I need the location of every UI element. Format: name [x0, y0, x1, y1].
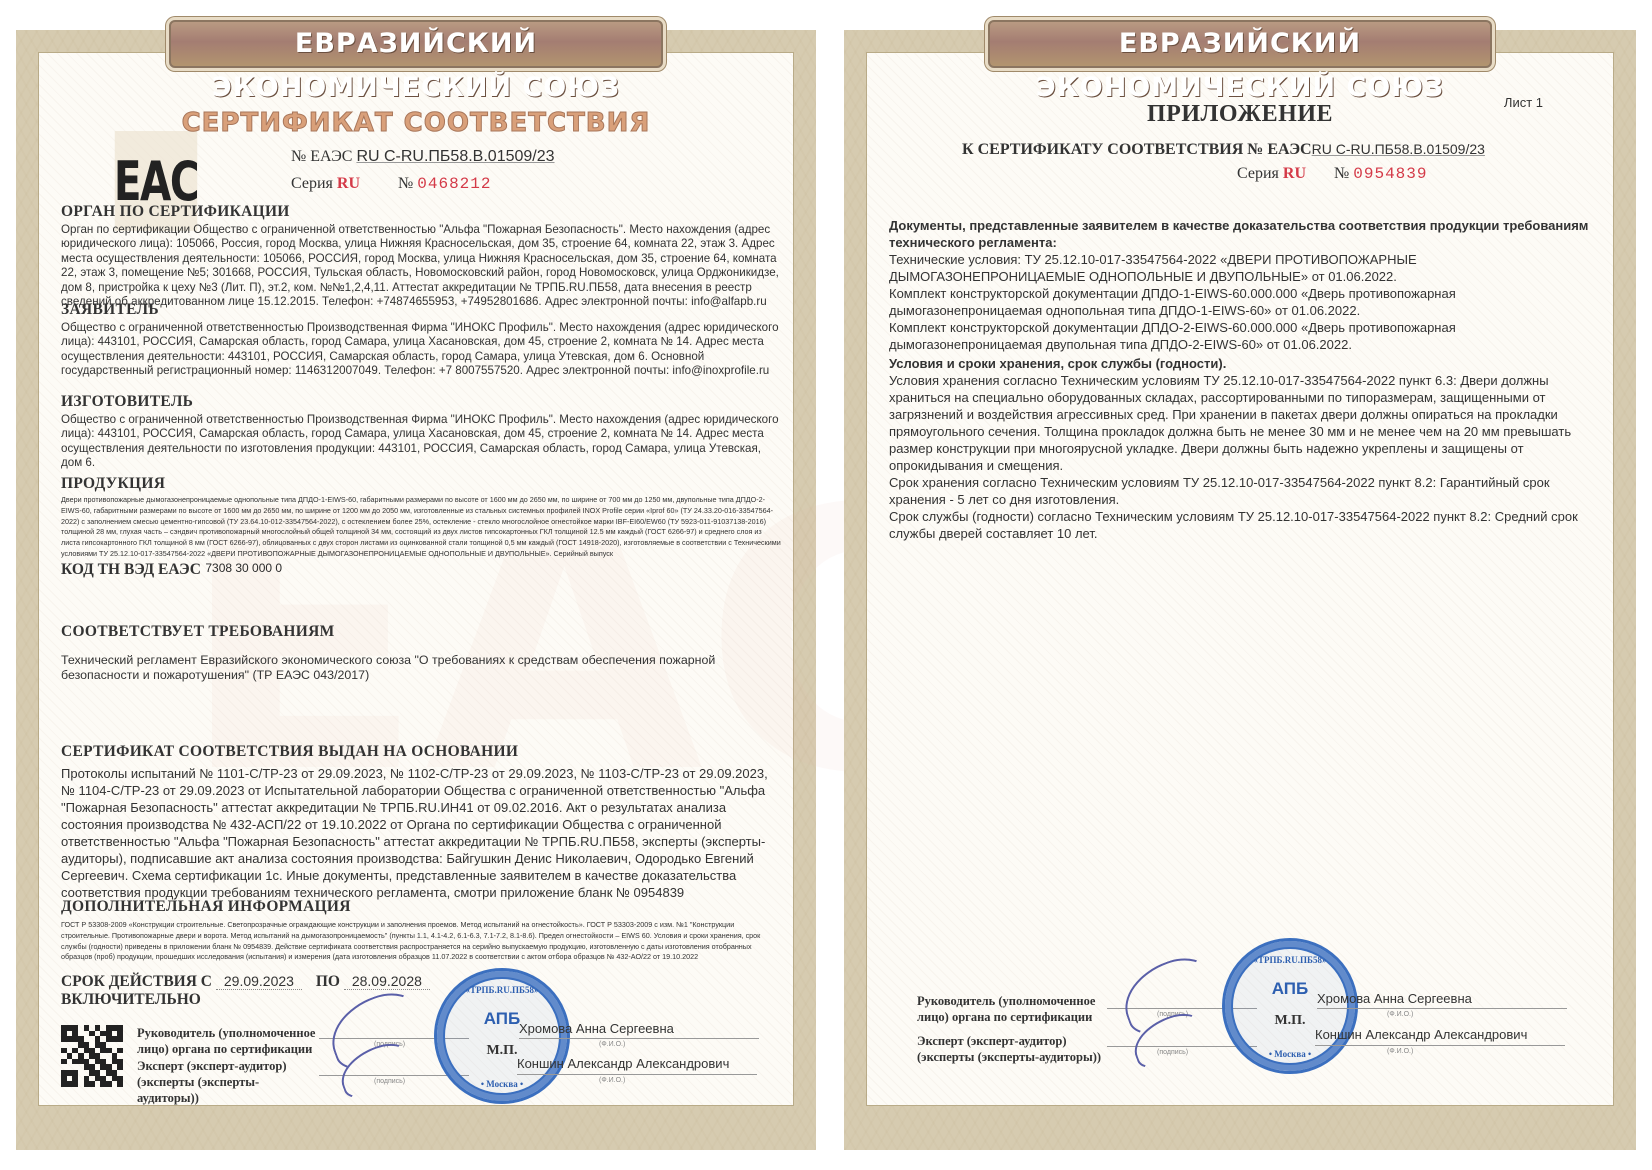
eurasian-union-banner: ЕВРАЗИЙСКИЙ ЭКОНОМИЧЕСКИЙ СОЮЗ	[988, 20, 1492, 68]
appendix-series-line: Серия RU № 0954839	[1237, 165, 1427, 183]
section-text: Орган по сертификации Общество с огранич…	[61, 223, 781, 309]
section-additional: ДОПОЛНИТЕЛЬНАЯ ИНФОРМАЦИЯ ГОСТ Р 53308-2…	[61, 898, 781, 963]
series-value: RU	[337, 175, 360, 192]
appendix-inner: ПРИЛОЖЕНИЕ Лист 1 К СЕРТИФИКАТУ СООТВЕТС…	[866, 52, 1614, 1106]
head-name-line	[1317, 1008, 1567, 1009]
section-text: Двери противопожарные дымогазонепроницае…	[61, 495, 781, 560]
eurasian-union-banner: ЕВРАЗИЙСКИЙ ЭКОНОМИЧЕСКИЙ СОЮЗ	[169, 20, 663, 68]
section-text: ГОСТ Р 53308-2009 «Конструкции строитель…	[61, 920, 781, 963]
storage-item: Условия хранения согласно Техническим ус…	[889, 372, 1593, 474]
section-heading: ДОПОЛНИТЕЛЬНАЯ ИНФОРМАЦИЯ	[61, 898, 781, 916]
certificate-inner: ЕАС ЕАС СЕРТИФИКАТ СООТВЕТСТВИЯ № ЕАЭС R…	[38, 52, 794, 1106]
head-name-line	[519, 1038, 759, 1039]
validity-to-date: 28.09.2028	[344, 973, 430, 990]
reg-number: RU C-RU.ПБ58.В.01509/23	[356, 148, 554, 165]
storage-item: Срок хранения согласно Техническим услов…	[889, 474, 1593, 508]
section-heading: ОРГАН ПО СЕРТИФИКАЦИИ	[61, 203, 781, 221]
blank-number: 0954839	[1353, 165, 1427, 183]
appendix-storage: Условия и сроки хранения, срок службы (г…	[889, 355, 1593, 542]
series-line: Серия RU № 0468212	[291, 175, 491, 193]
expert-signer-name: Коншин Александр Александрович	[517, 1056, 729, 1071]
expert-signer-name: Коншин Александр Александрович	[1315, 1027, 1527, 1042]
blank-number: 0468212	[417, 175, 491, 193]
head-fio-caption: (Ф.И.О.)	[1387, 1011, 1413, 1018]
appendix-reg-number: RU C-RU.ПБ58.В.01509/23	[1312, 141, 1485, 157]
validity-from-date: 29.09.2023	[216, 973, 302, 990]
appendix-documents: Документы, представленные заявителем в к…	[889, 217, 1593, 353]
head-signer-name: Хромова Анна Сергеевна	[1317, 991, 1472, 1006]
series-label: Серия	[291, 175, 333, 192]
expert-name-line	[1315, 1045, 1565, 1046]
stamp-ring-text: «ТРПБ.RU.ПБ58»	[437, 985, 567, 995]
validity-from-label: СРОК ДЕЙСТВИЯ С	[61, 973, 212, 990]
expert-signer-label: Эксперт (эксперт-аудитор) (эксперты (экс…	[917, 1033, 1107, 1065]
section-text: Технический регламент Евразийского эконо…	[61, 653, 781, 683]
appendix-sheet: ПРИЛОЖЕНИЕ Лист 1 К СЕРТИФИКАТУ СООТВЕТС…	[844, 30, 1636, 1150]
tn-ved-code: 7308 30 000 0	[205, 561, 282, 575]
document-item: Комплект конструкторской документации ДП…	[889, 285, 1593, 319]
appendix-subtitle: К СЕРТИФИКАТУ СООТВЕТСТВИЯ № ЕАЭСRU C-RU…	[962, 141, 1485, 159]
registration-line: № ЕАЭС RU C-RU.ПБ58.В.01509/23	[291, 148, 555, 166]
section-basis: СЕРТИФИКАТ СООТВЕТСТВИЯ ВЫДАН НА ОСНОВАН…	[61, 743, 781, 901]
certificate-title: СЕРТИФИКАТ СООТВЕТСТВИЯ	[39, 108, 793, 138]
expert-signer-label: Эксперт (эксперт-аудитор) (эксперты (экс…	[137, 1058, 317, 1106]
head-signer-name: Хромова Анна Сергеевна	[519, 1021, 674, 1036]
head-signer-label: Руководитель (уполномоченное лицо) орган…	[137, 1025, 317, 1057]
validity-inclusive: ВКЛЮЧИТЕЛЬНО	[61, 991, 781, 1009]
section-heading: СЕРТИФИКАТ СООТВЕТСТВИЯ ВЫДАН НА ОСНОВАН…	[61, 743, 781, 761]
head-signer-label: Руководитель (уполномоченное лицо) орган…	[917, 993, 1107, 1025]
expert-fio-caption: (Ф.И.О.)	[599, 1077, 625, 1084]
sheet-number: Лист 1	[1504, 95, 1543, 110]
section-certification-body: ОРГАН ПО СЕРТИФИКАЦИИ Орган по сертифика…	[61, 203, 781, 309]
section-heading: ИЗГОТОВИТЕЛЬ	[61, 393, 781, 411]
tn-ved-label: КОД ТН ВЭД ЕАЭС	[61, 561, 201, 578]
expert-fio-caption: (Ф.И.О.)	[1387, 1048, 1413, 1055]
organization-stamp: «ТРПБ.RU.ПБ58» АПБ М.П. • Москва •	[1222, 938, 1358, 1074]
tn-ved-line: КОД ТН ВЭД ЕАЭС 7308 30 000 0	[61, 561, 781, 579]
validity-to-label: ПО	[316, 973, 340, 990]
stamp-city: • Москва •	[437, 1079, 567, 1089]
series-label: Серия	[1237, 165, 1279, 182]
section-text: Общество с ограниченной ответственностью…	[61, 321, 781, 379]
section-manufacturer: ИЗГОТОВИТЕЛЬ Общество с ограниченной отв…	[61, 393, 781, 471]
blank-no-label: №	[398, 175, 413, 192]
certificate-sheet: ЕАС ЕАС СЕРТИФИКАТ СООТВЕТСТВИЯ № ЕАЭС R…	[16, 30, 816, 1150]
head-fio-caption: (Ф.И.О.)	[599, 1041, 625, 1048]
storage-item: Срок службы (годности) согласно Техничес…	[889, 508, 1593, 542]
blank-no-label: №	[1334, 165, 1349, 182]
document-item: Комплект конструкторской документации ДП…	[889, 319, 1593, 353]
section-applicant: ЗАЯВИТЕЛЬ Общество с ограниченной ответс…	[61, 301, 781, 379]
qr-code[interactable]	[61, 1025, 123, 1087]
section-heading: СООТВЕТСТВУЕТ ТРЕБОВАНИЯМ	[61, 623, 781, 641]
stamp-ring-text: «ТРПБ.RU.ПБ58»	[1225, 955, 1355, 965]
section-text: Протоколы испытаний № 1101-С/ТР-23 от 29…	[61, 765, 781, 901]
document-item: Технические условия: ТУ 25.12.10-017-335…	[889, 251, 1593, 285]
section-conforms: СООТВЕТСТВУЕТ ТРЕБОВАНИЯМ Технический ре…	[61, 623, 781, 683]
documents-heading: Документы, представленные заявителем в к…	[889, 217, 1593, 251]
section-text: Общество с ограниченной ответственностью…	[61, 413, 781, 471]
stamp-city: • Москва •	[1225, 1049, 1355, 1059]
expert-name-line	[517, 1074, 757, 1075]
section-product: ПРОДУКЦИЯ Двери противопожарные дымогазо…	[61, 475, 781, 579]
organization-stamp: «ТРПБ.RU.ПБ58» АПБ М.П. • Москва •	[434, 968, 570, 1104]
section-heading: ПРОДУКЦИЯ	[61, 475, 781, 493]
appendix-subtitle-text: К СЕРТИФИКАТУ СООТВЕТСТВИЯ № ЕАЭС	[962, 141, 1312, 158]
section-heading: ЗАЯВИТЕЛЬ	[61, 301, 781, 319]
validity-period: СРОК ДЕЙСТВИЯ С 29.09.2023 ПО 28.09.2028…	[61, 973, 781, 1009]
storage-heading: Условия и сроки хранения, срок службы (г…	[889, 355, 1593, 372]
reg-prefix: № ЕАЭС	[291, 148, 352, 165]
series-value: RU	[1283, 165, 1306, 182]
